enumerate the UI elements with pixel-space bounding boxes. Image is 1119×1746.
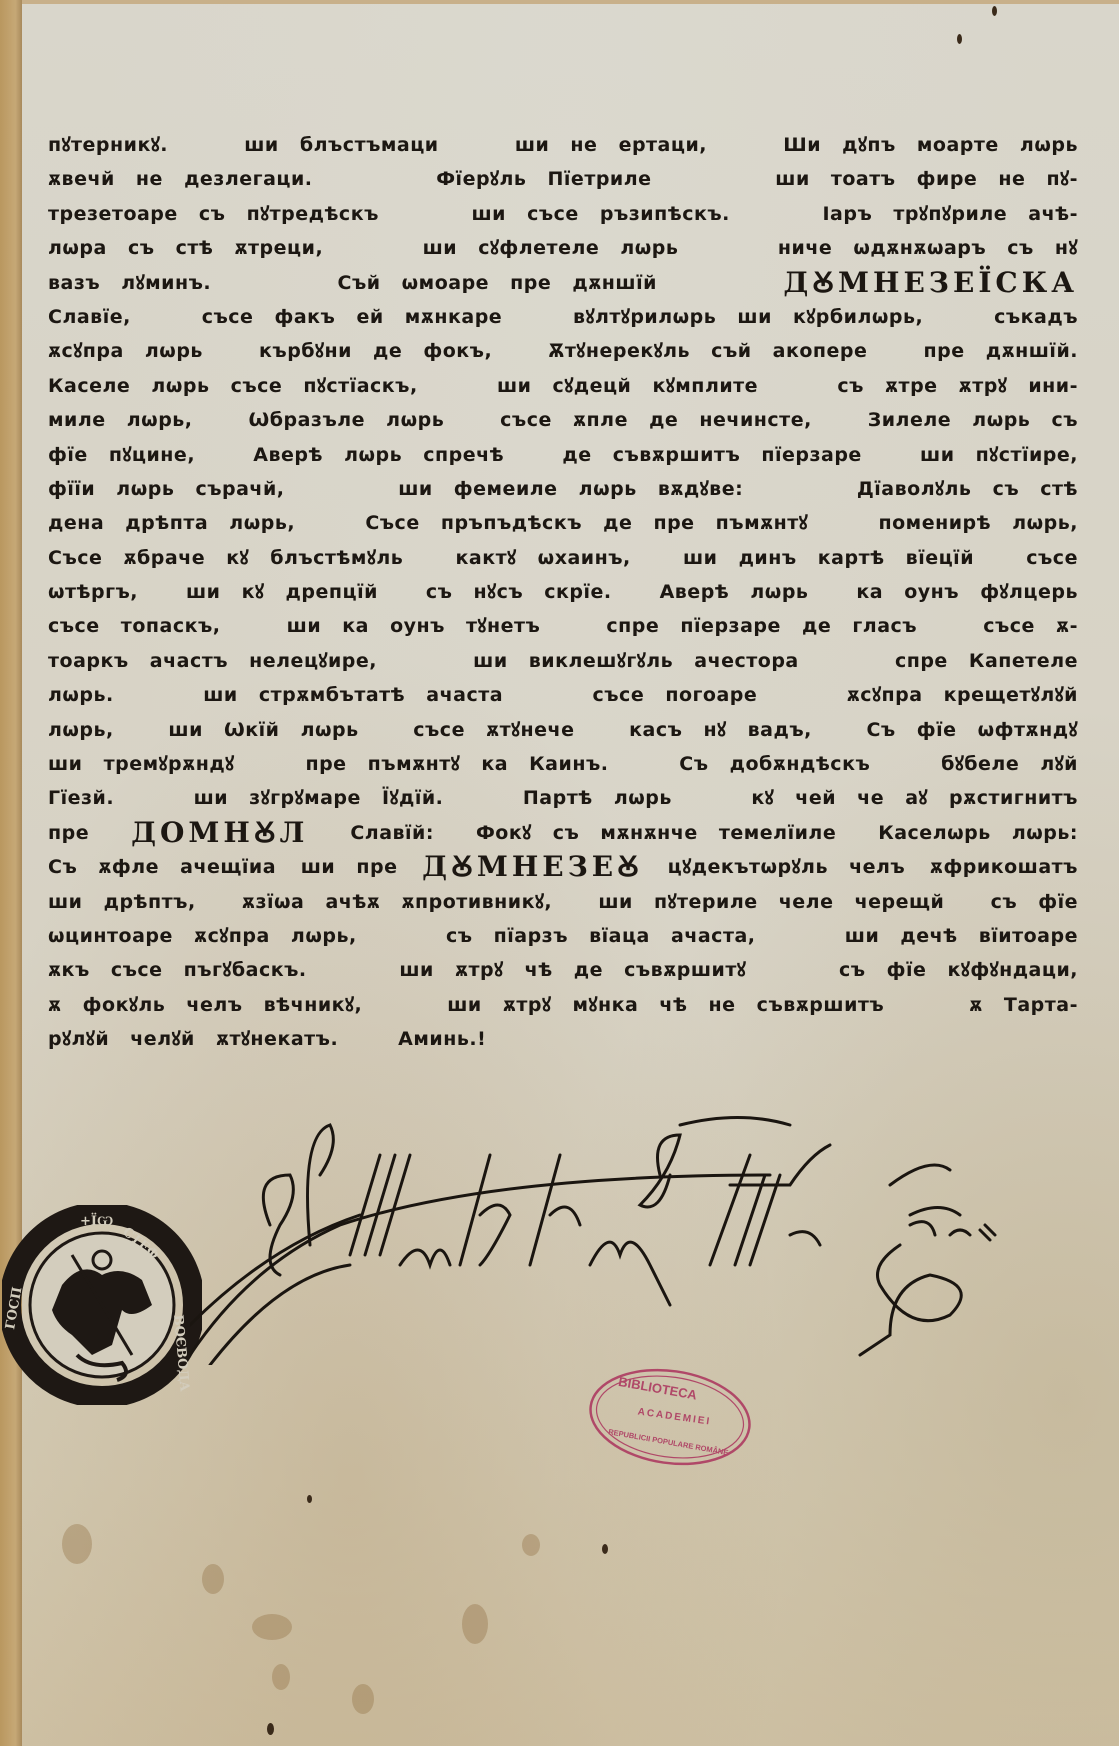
word: вꙋлтꙋрилѡрь ши кꙋрбилѡрь, [573,300,923,334]
text-line: дена дрѣпта лѡрь,Съсе пръпъдѣскъ де пре … [48,506,1078,540]
word: лѡрь. [48,678,114,712]
word: Съ добѫндѣскъ [679,747,870,781]
word: ѫсꙋпра крещетꙋлꙋй [847,678,1078,712]
word: ши кꙋ дрепцїй [186,575,378,609]
word: ши дечѣ вїитоаре [845,919,1078,953]
word: съсе ѫ- [983,609,1078,643]
text-line: ѡтѣргъ,ши кꙋ дрепцїйсъ нꙋсъ скрїе.Аверѣ … [48,575,1078,609]
word: ши пре [301,850,398,884]
divine-word: ДꙊМНЕЗЕꙊ [422,850,643,884]
word: Каселе лѡрь съсе пꙋстїаскъ, [48,369,418,403]
document-text: пꙋтерникꙋ.ши блъстъмациши не ертаци,Ши д… [48,128,1078,1057]
stamp-line-1: BIBLIOTECA [617,1374,698,1403]
word: вазъ лꙋминъ. [48,266,211,300]
word: рꙋлꙋй челꙋй ѫтꙋнекатъ. [48,1022,338,1056]
word: Гїезй. [48,781,114,815]
word: ши виклешꙋгꙋль ачестора [473,644,799,678]
text-line: фїе пꙋцине,Аверѣ лѡрь спречѣде съвѫршитъ… [48,438,1078,472]
word: Іаръ трꙋпꙋриле ачѣ- [822,197,1078,231]
word: ши сꙋфлетеле лѡрь [423,231,679,265]
word: съ фїе кꙋфꙋндаци, [839,953,1078,987]
text-line: Славїе,съсе факъ ей мѫнкаревꙋлтꙋрилѡрь ш… [48,300,1078,334]
mount-edge [0,0,22,1746]
word: ши Ѡкїй лѡрь [168,713,358,747]
stain [202,1564,224,1594]
text-line: ѫ фокꙋль челъ вѣчникꙋ,ши ѫтрꙋ мꙋнка чѣ н… [48,988,1078,1022]
library-stamp-icon: BIBLIOTECA ACADEMIEI REPUBLICII POPULARE… [585,1365,755,1470]
word: Фїерꙋль Пїетриле [436,162,651,196]
word: съсе факъ ей мѫнкаре [202,300,503,334]
word: ши ка оунъ тꙋнетъ [287,609,541,643]
stain [462,1604,488,1644]
word: ши фемеиле лѡрь вѫдꙋве: [398,472,743,506]
word: пꙋтерникꙋ. [48,128,168,162]
divine-word: ДꙊМНЕЗЕЇСКА [783,266,1078,300]
word: спре пїерзаре де гласъ [606,609,917,643]
word: Славїе, [48,300,131,334]
word: ѫзїѡа ачѣѫ ѫпротивникꙋ, [242,885,552,919]
word: ши ѫтрꙋ чѣ де съвѫршитꙋ [399,953,746,987]
word: бꙋбеле лꙋй [941,747,1078,781]
word: миле лѡрь, [48,403,193,437]
word: Съ фїе ѡфтѫндꙋ [866,713,1078,747]
word: тоаркъ ачастъ нелецꙋире, [48,644,377,678]
word: Съ ѫфле ачещїиа [48,850,276,884]
worm-hole [267,1723,274,1735]
word: кꙋ чей че аꙋ рѫстигнитъ [751,781,1078,815]
text-line: ѫкъ съсе пъгꙋбаскъ.ши ѫтрꙋ чѣ де съвѫрши… [48,953,1078,987]
word: ши тоатъ фире не пꙋ- [775,162,1078,196]
worm-hole [992,6,997,16]
stain [252,1614,292,1640]
word: Аверѣ лѡрь [660,575,809,609]
text-line: ши дрѣптъ,ѫзїѡа ачѣѫ ѫпротивникꙋ,ши пꙋте… [48,885,1078,919]
worm-hole [957,34,962,44]
stain [272,1664,290,1690]
word: лѡрь, [48,713,114,747]
text-line: вазъ лꙋминъ.Съй ѡмоаре пре дѫншїйДꙊМНЕЗЕ… [48,266,1078,300]
stamp-line-2: ACADEMIEI [637,1406,712,1427]
word: ши тремꙋрѫндꙋ [48,747,235,781]
signature-icon [190,1115,1119,1365]
princely-seal-icon: +ЇѠ СТЕФ ВОЄВОДА ГОСП [2,1205,202,1405]
word: Дїаволꙋль съ стѣ [857,472,1078,506]
text-line: преДОМНꙊЛСлавїй:Фокꙋ съ мѫнѫнче темелїил… [48,816,1078,850]
word: лѡра съ стѣ ѫтреци, [48,231,323,265]
word: съсе топаскъ, [48,609,220,643]
word: ши дрѣптъ, [48,885,196,919]
word: Ѫтꙋнерекꙋль съй акопере [548,334,867,368]
word: Фокꙋ съ мѫнѫнче темелїиле [476,816,836,850]
word: пре [48,816,89,850]
word: Ши дꙋпъ моарте лѡрь [783,128,1078,162]
text-line: лѡра съ стѣ ѫтреци,ши сꙋфлетеле лѡрьниче… [48,231,1078,265]
word: съсе ѫтꙋнече [413,713,574,747]
word: поменирѣ лѡрь, [878,506,1078,540]
word: Славїй: [350,816,434,850]
text-line: Съсе ѫбраче кꙋ блъстѣмꙋлькактꙋ ѡхаинъ,ши… [48,541,1078,575]
word: фїе пꙋцине, [48,438,195,472]
word: Съсе ѫбраче кꙋ блъстѣмꙋль [48,541,403,575]
svg-text:+ЇѠ: +ЇѠ [80,1213,113,1229]
word: ши стрѫмбътатѣ ачаста [203,678,503,712]
word: ѡцинтоаре ѫсꙋпра лѡрь, [48,919,357,953]
word: ши зꙋгрꙋмаре Їꙋдїй. [194,781,444,815]
word: Зилеле лѡрь съ [868,403,1078,437]
text-line: фїїи лѡрь сърачй,ши фемеиле лѡрь вѫдꙋве:… [48,472,1078,506]
word: трезетоаре съ пꙋтредѣскъ [48,197,379,231]
word: дена дрѣпта лѡрь, [48,506,295,540]
text-line: лѡрь.ши стрѫмбътатѣ ачастасъсе погоареѫс… [48,678,1078,712]
text-line: пꙋтерникꙋ.ши блъстъмациши не ертаци,Ши д… [48,128,1078,162]
text-line: Съ ѫфле ачещїиаши преДꙊМНЕЗЕꙊцꙋдекътѡрꙋл… [48,850,1078,884]
text-line: Гїезй.ши зꙋгрꙋмаре Їꙋдїй.Партѣ лѡрькꙋ че… [48,781,1078,815]
word: ниче ѡдѫнѫѡаръ съ нꙋ [778,231,1078,265]
word: съкадъ [994,300,1078,334]
word: Ѡбразъле лѡрь [248,403,444,437]
word: Съй ѡмоаре пре дѫншїй [338,266,657,300]
text-line: трезетоаре съ пꙋтредѣскъши съсе ръзипѣск… [48,197,1078,231]
word: ши сꙋдецй кꙋмплите [497,369,758,403]
word: спре Капетеле [895,644,1078,678]
word: ши блъстъмаци [244,128,438,162]
word: ѫ фокꙋль челъ вѣчникꙋ, [48,988,362,1022]
word: ши съсе ръзипѣскъ. [471,197,729,231]
word: ши динъ картѣ вїецїй [683,541,974,575]
word: съ ѫтре ѫтрꙋ ини- [837,369,1078,403]
amen-word: Аминь.! [398,1022,486,1056]
word: ѡтѣргъ, [48,575,138,609]
word: цꙋдекътѡрꙋль челъ [668,850,906,884]
word: Каселѡрь лѡрь: [878,816,1078,850]
text-line: ѫвечй не дезлегаци.Фїерꙋль Пїетрилеши то… [48,162,1078,196]
text-line: тоаркъ ачастъ нелецꙋире,ши виклешꙋгꙋль а… [48,644,1078,678]
word: Аверѣ лѡрь спречѣ [253,438,504,472]
word: ши пꙋтериле челе черещй [598,885,944,919]
word: ши не ертаци, [515,128,707,162]
word: съ фїе [991,885,1078,919]
worm-hole [602,1544,608,1554]
word: ѫфрикошатъ [930,850,1078,884]
text-line: ѡцинтоаре ѫсꙋпра лѡрь,съ пїарзъ вїаца ач… [48,919,1078,953]
stain [352,1684,374,1714]
text-line: рꙋлꙋй челꙋй ѫтꙋнекатъ.Аминь.! [48,1022,1078,1056]
text-line: лѡрь,ши Ѡкїй лѡрьсъсе ѫтꙋнечекасъ нꙋ вад… [48,713,1078,747]
word: кърбꙋни де фокъ, [259,334,492,368]
word: ка оунъ фꙋлцерь [856,575,1078,609]
word: съсе ѫпле де нечинсте, [500,403,812,437]
worm-hole [307,1495,312,1503]
text-line: съсе топаскъ,ши ка оунъ тꙋнетъспре пїерз… [48,609,1078,643]
word: ѫкъ съсе пъгꙋбаскъ. [48,953,307,987]
word: ши ѫтрꙋ мꙋнка чѣ не съвѫршитъ [447,988,884,1022]
word: фїїи лѡрь сърачй, [48,472,285,506]
word: пре пъмѫнтꙋ ка Каинъ. [305,747,608,781]
word: касъ нꙋ вадъ, [629,713,812,747]
word: ѫсꙋпра лѡрь [48,334,203,368]
word: пре дѫншїй. [924,334,1078,368]
word: ѫвечй не дезлегаци. [48,162,313,196]
word: Партѣ лѡрь [523,781,672,815]
word: де съвѫршитъ пїерзаре [562,438,861,472]
text-line: миле лѡрь,Ѡбразъле лѡрьсъсе ѫпле де нечи… [48,403,1078,437]
word: съ нꙋсъ скрїе. [426,575,612,609]
word: съсе погоаре [593,678,758,712]
word: ѫ Тарта- [969,988,1078,1022]
word: Съсе пръпъдѣскъ де пре пъмѫнтꙋ [365,506,808,540]
text-line: Каселе лѡрь съсе пꙋстїаскъ,ши сꙋдецй кꙋм… [48,369,1078,403]
word: ши пꙋстїире, [920,438,1078,472]
stain [522,1534,540,1556]
word: кактꙋ ѡхаинъ, [456,541,631,575]
stain [62,1524,92,1564]
word: съ пїарзъ вїаца ачаста, [446,919,756,953]
divine-word: ДОМНꙊЛ [131,816,308,850]
text-line: ѫсꙋпра лѡрькърбꙋни де фокъ,Ѫтꙋнерекꙋль с… [48,334,1078,368]
word: съсе [1026,541,1078,575]
text-line: ши тремꙋрѫндꙋпре пъмѫнтꙋ ка Каинъ.Съ доб… [48,747,1078,781]
